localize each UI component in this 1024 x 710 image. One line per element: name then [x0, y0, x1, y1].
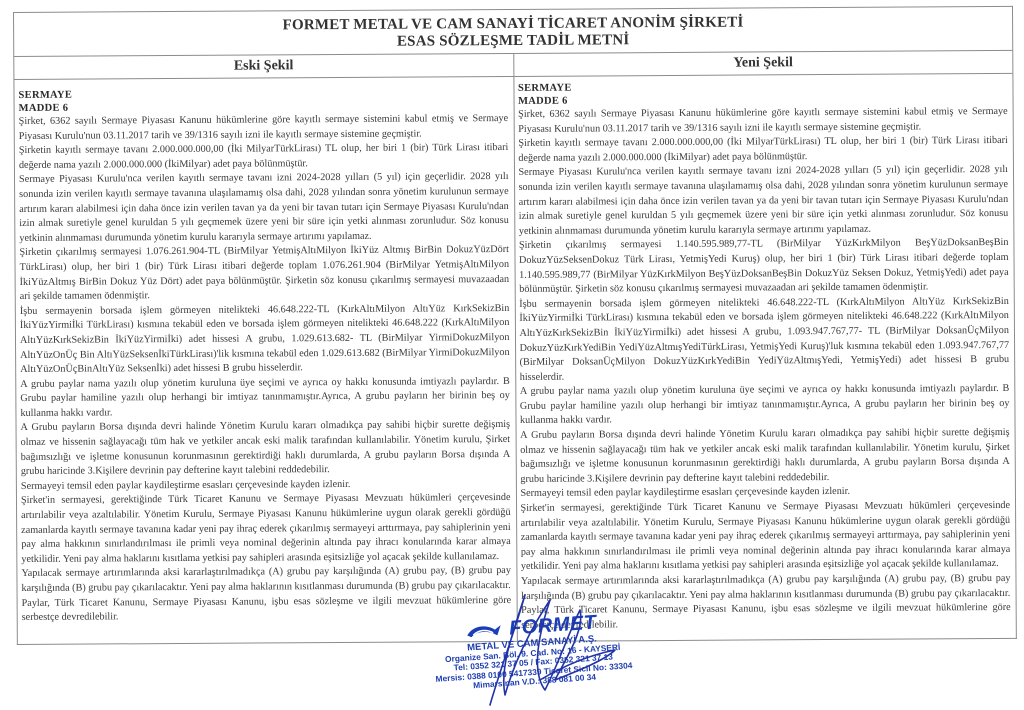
old-paragraph: Yapılacak sermaye artırımlarında aksi ka… [21, 564, 511, 596]
old-paragraph: Şirket, 6362 sayılı Sermaye Piyasası Kan… [19, 112, 509, 144]
document-title: FORMET METAL VE CAM SANAYİ TİCARET ANONİ… [14, 6, 1013, 56]
old-paragraphs: Şirket, 6362 sayılı Sermaye Piyasası Kan… [19, 112, 512, 626]
old-paragraph: Sermaye Piyasası Kurulu'nca verilen kayı… [19, 170, 509, 246]
new-paragraphs: Şirket, 6362 sayılı Sermaye Piyasası Kan… [518, 105, 1011, 633]
new-paragraph: A grubu paylar nama yazılı olup yönetim … [520, 382, 1010, 429]
amendment-table: FORMET METAL VE CAM SANAYİ TİCARET ANONİ… [13, 6, 1017, 645]
new-paragraph: İşbu sermayenin borsada işlem görmeyen n… [519, 295, 1009, 386]
new-paragraph: Şirket, 6362 sayılı Sermaye Piyasası Kan… [518, 105, 1008, 137]
old-paragraph: A Grubu payların Borsa dışında devri hal… [21, 418, 511, 479]
company-stamp: FORMET METAL VE CAM SANAYİ A.Ş.Organize … [425, 601, 641, 710]
new-paragraph: Sermaye Piyasası Kurulu'nca verilen kayı… [518, 163, 1008, 239]
old-version-text: SERMAYE MADDE 6 Şirket, 6362 sayılı Serm… [14, 76, 517, 644]
new-paragraph: Şirket'in sermayesi, gerektiğinde Türk T… [521, 499, 1011, 575]
new-paragraph: Şirketin çıkarılmış sermayesi 1.140.595.… [519, 236, 1009, 297]
new-version-text: SERMAYE MADDE 6 Şirket, 6362 sayılı Serm… [513, 73, 1016, 641]
old-paragraph: Şirketin çıkarılmış sermayesi 1.076.261.… [19, 243, 509, 304]
new-paragraph: Yapılacak sermaye artırımlarında aksi ka… [521, 572, 1011, 604]
old-paragraph: Şirketin kayıtlı sermaye tavanı 2.000.00… [19, 141, 509, 173]
formet-swoosh-logo-icon [465, 620, 506, 641]
old-paragraph: Şirket'in sermayesi, gerektiğinde Türk T… [21, 491, 511, 567]
old-paragraph: İşbu sermayenin borsada işlem görmeyen n… [20, 302, 510, 378]
new-paragraph: Şirketin kayıtlı sermaye tavanı 2.000.00… [518, 134, 1008, 166]
new-paragraph: A Grubu payların Borsa dışında devri hal… [520, 426, 1010, 487]
old-version-header: Eski Şekil [14, 53, 514, 79]
document-page: FORMET METAL VE CAM SANAYİ TİCARET ANONİ… [13, 6, 1017, 645]
new-version-header: Yeni Şekil [513, 50, 1013, 76]
old-paragraph: A grubu paylar nama yazılı olup yönetim … [20, 375, 510, 422]
